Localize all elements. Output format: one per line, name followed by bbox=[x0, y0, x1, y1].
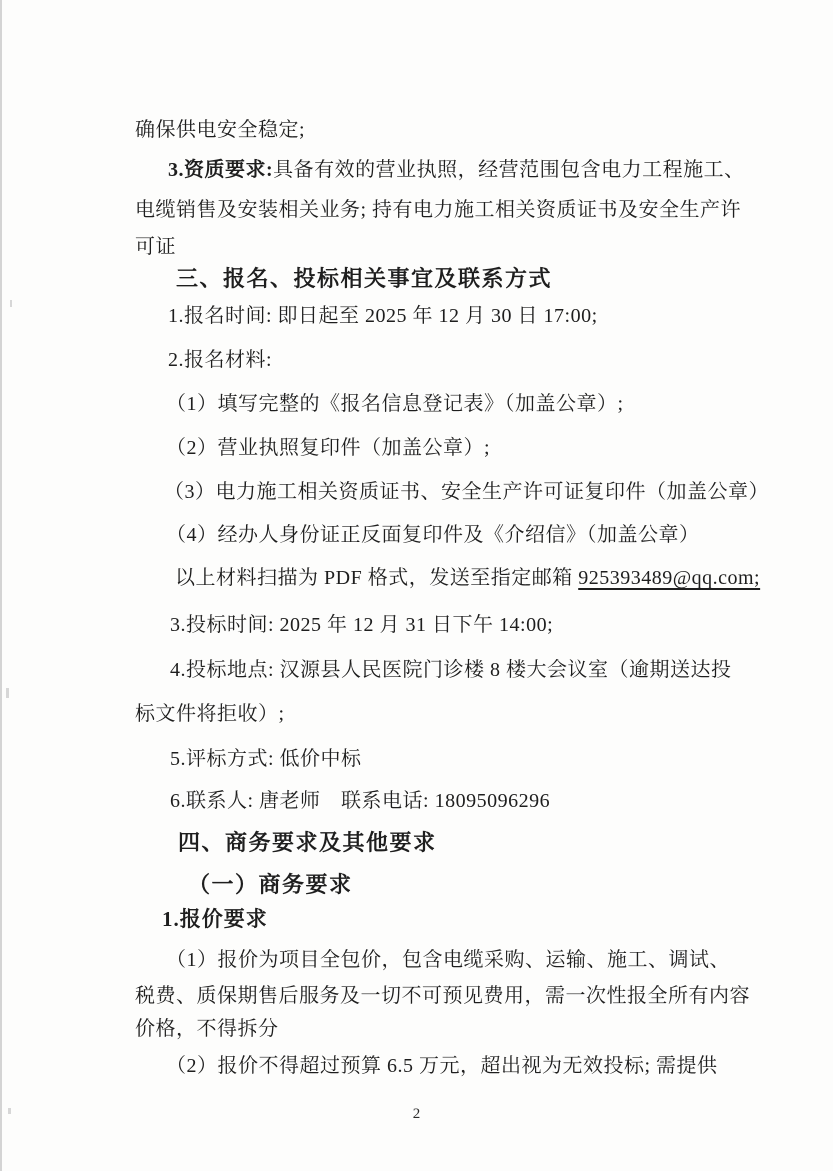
paragraph-line: 确保供电安全稳定; bbox=[135, 115, 305, 145]
paragraph-line: 2.报名材料: bbox=[168, 345, 272, 375]
scan-edge-line bbox=[0, 0, 2, 1171]
subsection-heading: （一）商务要求 bbox=[188, 870, 353, 900]
section-heading-3: 三、报名、投标相关事宜及联系方式 bbox=[176, 264, 552, 294]
body-text: 税费、质保期售后服务及一切不可预见费用，需一次性报全所有内容 bbox=[135, 985, 750, 1007]
paragraph-line: 电缆销售及安装相关业务; 持有电力施工相关资质证书及安全生产许 bbox=[135, 195, 741, 225]
body-text: （2）营业执照复印件（加盖公章）; bbox=[166, 437, 490, 459]
subsection-heading: 1.报价要求 bbox=[162, 904, 268, 934]
body-text: 3.投标时间: 2025 年 12 月 31 日下午 14:00; bbox=[170, 614, 553, 636]
body-text: （1）填写完整的《报名信息登记表》（加盖公章）; bbox=[166, 393, 624, 415]
list-item: （2）营业执照复印件（加盖公章）; bbox=[166, 433, 490, 463]
paragraph-line: 以上材料扫描为 PDF 格式，发送至指定邮箱 925393489@qq.com; bbox=[175, 563, 760, 593]
paragraph-line: 4.投标地点: 汉源县人民医院门诊楼 8 楼大会议室（逾期送达投 bbox=[170, 655, 732, 685]
body-text: 可证 bbox=[135, 236, 176, 258]
body-text: 标文件将拒收）; bbox=[135, 703, 285, 725]
body-text: （2）报价不得超过预算 6.5 万元，超出视为无效投标; 需提供 bbox=[166, 1055, 718, 1077]
body-text: 4.投标地点: 汉源县人民医院门诊楼 8 楼大会议室（逾期送达投 bbox=[170, 659, 732, 681]
paragraph-line: 标文件将拒收）; bbox=[135, 699, 285, 729]
body-text: （3）电力施工相关资质证书、安全生产许可证复印件（加盖公章） bbox=[164, 481, 769, 503]
paragraph-line: 税费、质保期售后服务及一切不可预见费用，需一次性报全所有内容 bbox=[135, 981, 750, 1011]
list-item: （1）报价为项目全包价，包含电缆采购、运输、施工、调试、 bbox=[166, 945, 730, 975]
body-text: 以上材料扫描为 PDF 格式，发送至指定邮箱 bbox=[175, 567, 578, 589]
body-text: 5.评标方式: 低价中标 bbox=[170, 748, 362, 770]
body-text: 2.报名材料: bbox=[168, 349, 272, 371]
list-item: （1）填写完整的《报名信息登记表》（加盖公章）; bbox=[166, 389, 624, 419]
paragraph-line: 价格，不得拆分 bbox=[135, 1014, 279, 1044]
body-text: 电缆销售及安装相关业务; 持有电力施工相关资质证书及安全生产许 bbox=[135, 199, 741, 221]
email-address: 925393489@qq.com; bbox=[578, 567, 760, 589]
list-item: （3）电力施工相关资质证书、安全生产许可证复印件（加盖公章） bbox=[164, 477, 769, 507]
paragraph-line: 3.资质要求:具备有效的营业执照，经营范围包含电力工程施工、 bbox=[168, 155, 745, 185]
heading-text: 1.报价要求 bbox=[162, 907, 268, 931]
body-text: 价格，不得拆分 bbox=[135, 1018, 279, 1040]
paragraph-line: 可证 bbox=[135, 232, 176, 262]
heading-text: 四、商务要求及其他要求 bbox=[178, 830, 437, 855]
list-item: （2）报价不得超过预算 6.5 万元，超出视为无效投标; 需提供 bbox=[166, 1051, 718, 1081]
body-text: 确保供电安全稳定; bbox=[135, 119, 305, 141]
body-text: 1.报名时间: 即日起至 2025 年 12 月 30 日 17:00; bbox=[168, 305, 598, 327]
inline-bold-label: 3.资质要求: bbox=[168, 159, 273, 181]
paragraph-line: 3.投标时间: 2025 年 12 月 31 日下午 14:00; bbox=[170, 610, 553, 640]
body-text: （1）报价为项目全包价，包含电缆采购、运输、施工、调试、 bbox=[166, 949, 730, 971]
page-number: 2 bbox=[0, 1104, 833, 1124]
scanned-document-page: 确保供电安全稳定; 3.资质要求:具备有效的营业执照，经营范围包含电力工程施工、… bbox=[0, 0, 833, 1171]
section-heading-4: 四、商务要求及其他要求 bbox=[178, 828, 437, 858]
list-item: （4）经办人身份证正反面复印件及《介绍信》（加盖公章） bbox=[166, 520, 700, 550]
scan-artifact bbox=[10, 300, 12, 307]
heading-text: （一）商务要求 bbox=[188, 872, 353, 897]
heading-text: 三、报名、投标相关事宜及联系方式 bbox=[176, 266, 552, 291]
paragraph-line: 6.联系人: 唐老师 联系电话: 18095096296 bbox=[170, 786, 550, 816]
body-text: 6.联系人: 唐老师 联系电话: 18095096296 bbox=[170, 790, 550, 812]
paragraph-line: 5.评标方式: 低价中标 bbox=[170, 744, 362, 774]
scan-artifact bbox=[6, 688, 9, 698]
body-text: （4）经办人身份证正反面复印件及《介绍信》（加盖公章） bbox=[166, 524, 700, 546]
body-text: 具备有效的营业执照，经营范围包含电力工程施工、 bbox=[273, 159, 745, 181]
paragraph-line: 1.报名时间: 即日起至 2025 年 12 月 30 日 17:00; bbox=[168, 301, 598, 331]
